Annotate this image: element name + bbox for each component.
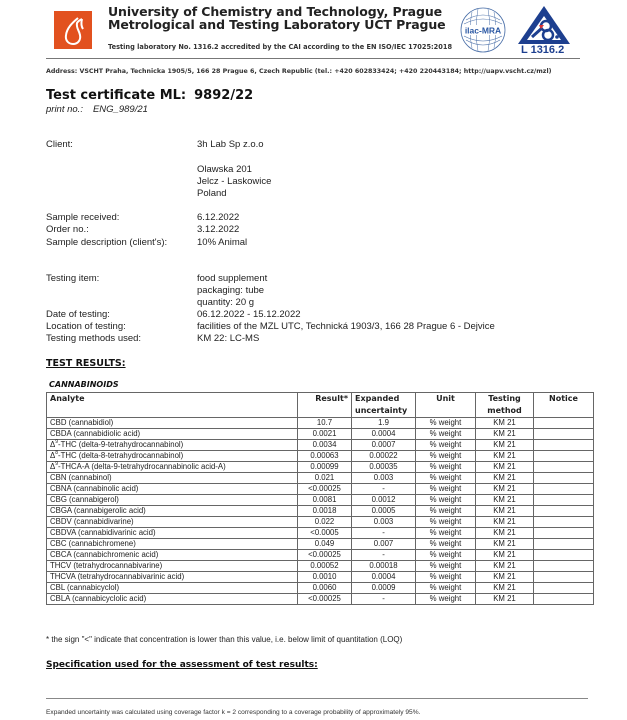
method-cell: KM 21 [476, 418, 534, 429]
result-cell: 0.00052 [298, 561, 352, 572]
analyte-name: CBLA (cannabicyclolic acid) [50, 594, 146, 603]
column-header-uncertainty-line1: Expanded [355, 393, 412, 405]
unit-cell: % weight [416, 484, 476, 495]
analyte-cell: CBG (cannabigerol) [47, 495, 298, 506]
uncertainty-cell: 0.0007 [352, 440, 416, 451]
notice-cell [534, 440, 594, 451]
unit-cell: % weight [416, 495, 476, 506]
table-row: CBC (cannabichromene)0.0490.007% weightK… [47, 539, 594, 550]
table-row: THCV (tetrahydrocannabivarine)0.000520.0… [47, 561, 594, 572]
analyte-name: CBNA (cannabinolic acid) [50, 484, 138, 493]
unit-cell: % weight [416, 418, 476, 429]
uncertainty-cell: 0.003 [352, 473, 416, 484]
client-city: Jelcz - Laskowice [197, 176, 271, 187]
order-no-value: 3.12.2022 [197, 224, 239, 235]
unit-cell: % weight [416, 594, 476, 605]
method-cell: KM 21 [476, 429, 534, 440]
result-cell: 0.00063 [298, 451, 352, 462]
column-header-method-line1: Testing [479, 393, 530, 405]
testing-item-label: Testing item: [46, 273, 99, 284]
table-row: CBDVA (cannabidivarinic acid)<0.0005-% w… [47, 528, 594, 539]
uncertainty-cell: 1.9 [352, 418, 416, 429]
analyte-cell: Δ8-THC (delta-8-tetrahydrocannabinol) [47, 451, 298, 462]
notice-cell [534, 539, 594, 550]
result-cell: <0.00025 [298, 550, 352, 561]
method-cell: KM 21 [476, 440, 534, 451]
client-street: Olawska 201 [197, 164, 252, 175]
uncertainty-cell: 0.00018 [352, 561, 416, 572]
unit-cell: % weight [416, 462, 476, 473]
method-cell: KM 21 [476, 517, 534, 528]
analyte-cell: THCVA (tetrahydrocannabivarinic acid) [47, 572, 298, 583]
uncertainty-cell: 0.003 [352, 517, 416, 528]
analyte-name: CBN (cannabinol) [50, 473, 112, 482]
result-cell: 0.0081 [298, 495, 352, 506]
methods-value: KM 22: LC-MS [197, 333, 259, 344]
uncertainty-cell: 0.0012 [352, 495, 416, 506]
testing-item-quantity: quantity: 20 g [197, 297, 254, 308]
column-header-uncertainty: Expanded uncertainty [352, 393, 416, 418]
unit-cell: % weight [416, 473, 476, 484]
notice-cell [534, 583, 594, 594]
notice-cell [534, 429, 594, 440]
print-number-value: ENG_989/21 [93, 104, 148, 115]
uncertainty-cell: 0.00035 [352, 462, 416, 473]
notice-cell [534, 473, 594, 484]
analyte-cell: CBGA (cannabigerolic acid) [47, 506, 298, 517]
certificate-title: Test certificate ML:9892/22 [46, 88, 253, 103]
analyte-cell: CBD (cannabidiol) [47, 418, 298, 429]
uncertainty-cell: - [352, 528, 416, 539]
analyte-cell: CBDVA (cannabidivarinic acid) [47, 528, 298, 539]
specification-heading: Specification used for the assessment of… [46, 660, 318, 670]
analyte-name: CBDV (cannabidivarine) [50, 517, 134, 526]
method-cell: KM 21 [476, 495, 534, 506]
method-cell: KM 21 [476, 550, 534, 561]
test-results-heading: TEST RESULTS: [46, 358, 126, 369]
uncertainty-cell: 0.0005 [352, 506, 416, 517]
method-cell: KM 21 [476, 572, 534, 583]
column-header-method: Testing method [476, 393, 534, 418]
location-value: facilities of the MZL UTC, Technická 190… [197, 321, 495, 332]
notice-cell [534, 517, 594, 528]
notice-cell [534, 506, 594, 517]
table-row: CBN (cannabinol)0.0210.003% weightKM 21 [47, 473, 594, 484]
analyte-name: CBGA (cannabigerolic acid) [50, 506, 146, 515]
analyte-name: CBL (cannabicyclol) [50, 583, 119, 592]
notice-cell [534, 572, 594, 583]
uct-logo [54, 11, 92, 49]
client-label: Client: [46, 139, 73, 150]
client-name: 3h Lab Sp z.o.o [197, 139, 264, 150]
accreditation-text: Testing laboratory No. 1316.2 accredited… [108, 43, 452, 51]
analyte-cell: Δ9-THCA-A (delta-9-tetrahydrocannabinoli… [47, 462, 298, 473]
column-header-method-line2: method [479, 405, 530, 417]
analyte-cell: CBCA (cannabichromenic acid) [47, 550, 298, 561]
analyte-name: CBDVA (cannabidivarinic acid) [50, 528, 156, 537]
result-cell: 0.0010 [298, 572, 352, 583]
method-cell: KM 21 [476, 528, 534, 539]
result-cell: 0.049 [298, 539, 352, 550]
column-header-analyte: Analyte [47, 393, 298, 418]
analyte-name: -THCA-A (delta-9-tetrahydrocannabinolic … [58, 462, 226, 471]
result-cell: 0.021 [298, 473, 352, 484]
column-header-unit: Unit [416, 393, 476, 418]
analyte-cell: Δ9-THC (delta-9-tetrahydrocannabinol) [47, 440, 298, 451]
uncertainty-cell: 0.00022 [352, 451, 416, 462]
testing-item-packaging: packaging: tube [197, 285, 264, 296]
cannabinoids-heading: CANNABINOIDS [49, 380, 119, 389]
client-country: Poland [197, 188, 227, 199]
analyte-cell: CBNA (cannabinolic acid) [47, 484, 298, 495]
testing-item-type: food supplement [197, 273, 267, 284]
table-row: CBGA (cannabigerolic acid)0.00180.0005% … [47, 506, 594, 517]
flask-drop-icon [54, 11, 92, 49]
unit-cell: % weight [416, 583, 476, 594]
table-row: CBLA (cannabicyclolic acid)<0.00025-% we… [47, 594, 594, 605]
results-body: CBD (cannabidiol)10.71.9% weightKM 21CBD… [47, 418, 594, 605]
analyte-name: CBD (cannabidiol) [50, 418, 113, 427]
uncertainty-cell: 0.007 [352, 539, 416, 550]
uncertainty-cell: - [352, 594, 416, 605]
notice-cell [534, 462, 594, 473]
analyte-name: CBDA (cannabidiolic acid) [50, 429, 140, 438]
analyte-cell: CBDV (cannabidivarine) [47, 517, 298, 528]
table-row: CBDA (cannabidiolic acid)0.00210.0004% w… [47, 429, 594, 440]
notice-cell [534, 550, 594, 561]
date-of-testing-label: Date of testing: [46, 309, 110, 320]
table-row: CBNA (cannabinolic acid)<0.00025-% weigh… [47, 484, 594, 495]
sample-description-label: Sample description (client's): [46, 237, 167, 248]
lab-address: Address: VSCHT Praha, Technicka 1905/5, … [46, 68, 552, 75]
notice-cell [534, 528, 594, 539]
result-cell: 0.00099 [298, 462, 352, 473]
unit-cell: % weight [416, 539, 476, 550]
order-no-label: Order no.: [46, 224, 89, 235]
uncertainty-cell: 0.0009 [352, 583, 416, 594]
unit-cell: % weight [416, 528, 476, 539]
unit-cell: % weight [416, 429, 476, 440]
analyte-cell: CBLA (cannabicyclolic acid) [47, 594, 298, 605]
notice-cell [534, 594, 594, 605]
table-row: CBD (cannabidiol)10.71.9% weightKM 21 [47, 418, 594, 429]
sample-description-value: 10% Animal [197, 237, 247, 248]
result-cell: 10.7 [298, 418, 352, 429]
method-cell: KM 21 [476, 506, 534, 517]
svg-text:ilac-MRA: ilac-MRA [465, 26, 501, 36]
method-cell: KM 21 [476, 539, 534, 550]
analyte-cell: CBC (cannabichromene) [47, 539, 298, 550]
uncertainty-cell: - [352, 484, 416, 495]
unit-cell: % weight [416, 561, 476, 572]
header-divider [46, 58, 580, 59]
result-cell: 0.0034 [298, 440, 352, 451]
result-cell: <0.00025 [298, 594, 352, 605]
unit-cell: % weight [416, 517, 476, 528]
unit-cell: % weight [416, 572, 476, 583]
table-row: Δ8-THC (delta-8-tetrahydrocannabinol)0.0… [47, 451, 594, 462]
column-header-notice: Notice [534, 393, 594, 418]
uncertainty-note: Expanded uncertainty was calculated usin… [46, 709, 420, 716]
uncertainty-cell: 0.0004 [352, 572, 416, 583]
analyte-cell: THCV (tetrahydrocannabivarine) [47, 561, 298, 572]
notice-cell [534, 495, 594, 506]
result-cell: 0.022 [298, 517, 352, 528]
certificate-number: 9892/22 [194, 88, 253, 103]
method-cell: KM 21 [476, 583, 534, 594]
analyte-name: CBG (cannabigerol) [50, 495, 119, 504]
method-cell: KM 21 [476, 462, 534, 473]
print-number-label: print no.: [46, 104, 83, 115]
sample-received-value: 6.12.2022 [197, 212, 239, 223]
table-row: CBDV (cannabidivarine)0.0220.003% weight… [47, 517, 594, 528]
laboratory-name: Metrological and Testing Laboratory UCT … [108, 18, 446, 31]
method-cell: KM 21 [476, 451, 534, 462]
uncertainty-cell: 0.0004 [352, 429, 416, 440]
table-row: THCVA (tetrahydrocannabivarinic acid)0.0… [47, 572, 594, 583]
analyte-cell: CBL (cannabicyclol) [47, 583, 298, 594]
column-header-result: Result* [298, 393, 352, 418]
accreditation-number: L 1316.2 [521, 44, 564, 56]
notice-cell [534, 418, 594, 429]
table-row: CBCA (cannabichromenic acid)<0.00025-% w… [47, 550, 594, 561]
sample-received-label: Sample received: [46, 212, 119, 223]
table-row: CBG (cannabigerol)0.00810.0012% weightKM… [47, 495, 594, 506]
footer-divider [46, 698, 588, 699]
date-of-testing-value: 06.12.2022 - 15.12.2022 [197, 309, 301, 320]
table-row: Δ9-THC (delta-9-tetrahydrocannabinol)0.0… [47, 440, 594, 451]
certificate-title-label: Test certificate ML: [46, 88, 186, 103]
print-number: print no.:ENG_989/21 [46, 104, 148, 115]
notice-cell [534, 561, 594, 572]
table-header-row: Analyte Result* Expanded uncertainty Uni… [47, 393, 594, 418]
analyte-name: -THC (delta-9-tetrahydrocannabinol) [58, 440, 183, 449]
uncertainty-cell: - [352, 550, 416, 561]
location-label: Location of testing: [46, 321, 126, 332]
loq-footnote: * the sign "<" indicate that concentrati… [46, 635, 402, 644]
table-row: Δ9-THCA-A (delta-9-tetrahydrocannabinoli… [47, 462, 594, 473]
table-row: CBL (cannabicyclol)0.00600.0009% weightK… [47, 583, 594, 594]
result-cell: <0.0005 [298, 528, 352, 539]
unit-cell: % weight [416, 550, 476, 561]
analyte-name: -THC (delta-8-tetrahydrocannabinol) [58, 451, 183, 460]
unit-cell: % weight [416, 440, 476, 451]
analyte-cell: CBDA (cannabidiolic acid) [47, 429, 298, 440]
methods-label: Testing methods used: [46, 333, 141, 344]
result-cell: 0.0018 [298, 506, 352, 517]
method-cell: KM 21 [476, 473, 534, 484]
result-cell: 0.0060 [298, 583, 352, 594]
analyte-name: CBCA (cannabichromenic acid) [50, 550, 158, 559]
ilac-globe-icon: ilac-MRA [458, 6, 508, 54]
unit-cell: % weight [416, 506, 476, 517]
analyte-name: THCVA (tetrahydrocannabivarinic acid) [50, 572, 184, 581]
notice-cell [534, 451, 594, 462]
institution-name: University of Chemistry and Technology, … [108, 5, 446, 31]
method-cell: KM 21 [476, 594, 534, 605]
analyte-name: THCV (tetrahydrocannabivarine) [50, 561, 162, 570]
notice-cell [534, 484, 594, 495]
analyte-name: CBC (cannabichromene) [50, 539, 136, 548]
method-cell: KM 21 [476, 561, 534, 572]
analyte-cell: CBN (cannabinol) [47, 473, 298, 484]
unit-cell: % weight [416, 451, 476, 462]
results-table: Analyte Result* Expanded uncertainty Uni… [46, 392, 594, 605]
method-cell: KM 21 [476, 484, 534, 495]
column-header-uncertainty-line2: uncertainty [355, 405, 412, 417]
result-cell: 0.0021 [298, 429, 352, 440]
ilac-mra-logo: ilac-MRA [458, 6, 508, 54]
result-cell: <0.00025 [298, 484, 352, 495]
